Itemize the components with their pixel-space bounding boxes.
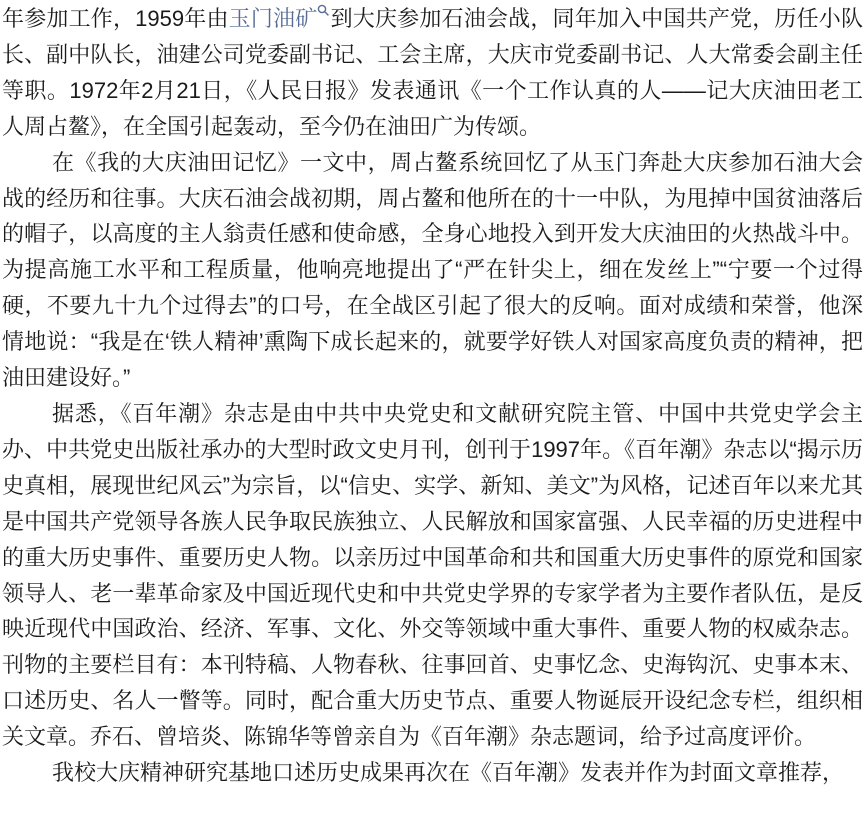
paragraph-bio: 年参加工作，1959年由玉门油矿到大庆参加石油会战，同年加入中国共产党，历任小队… bbox=[2, 1, 863, 145]
entry-link-yumen-oilfield[interactable]: 玉门油矿 bbox=[229, 6, 331, 31]
entry-link-label: 玉门油矿 bbox=[229, 6, 318, 31]
paragraph-memoir: 在《我的大庆油田记忆》一文中，周占鳌系统回忆了从玉门奔赴大庆参加石油大会战的经历… bbox=[2, 145, 863, 396]
article-page: 年参加工作，1959年由玉门油矿到大庆参加石油会战，同年加入中国共产党，历任小队… bbox=[0, 0, 866, 827]
search-icon[interactable] bbox=[317, 4, 330, 17]
paragraph-school-achievement: 我校大庆精神研究基地口述历史成果再次在《百年潮》发表并作为封面文章推荐， bbox=[2, 755, 863, 791]
paragraph-magazine-intro: 据悉，《百年潮》杂志是由中共中央党史和文献研究院主管、中国中共党史学会主办、中共… bbox=[2, 396, 863, 755]
paragraph-text: 年参加工作，1959年由 bbox=[2, 6, 229, 31]
